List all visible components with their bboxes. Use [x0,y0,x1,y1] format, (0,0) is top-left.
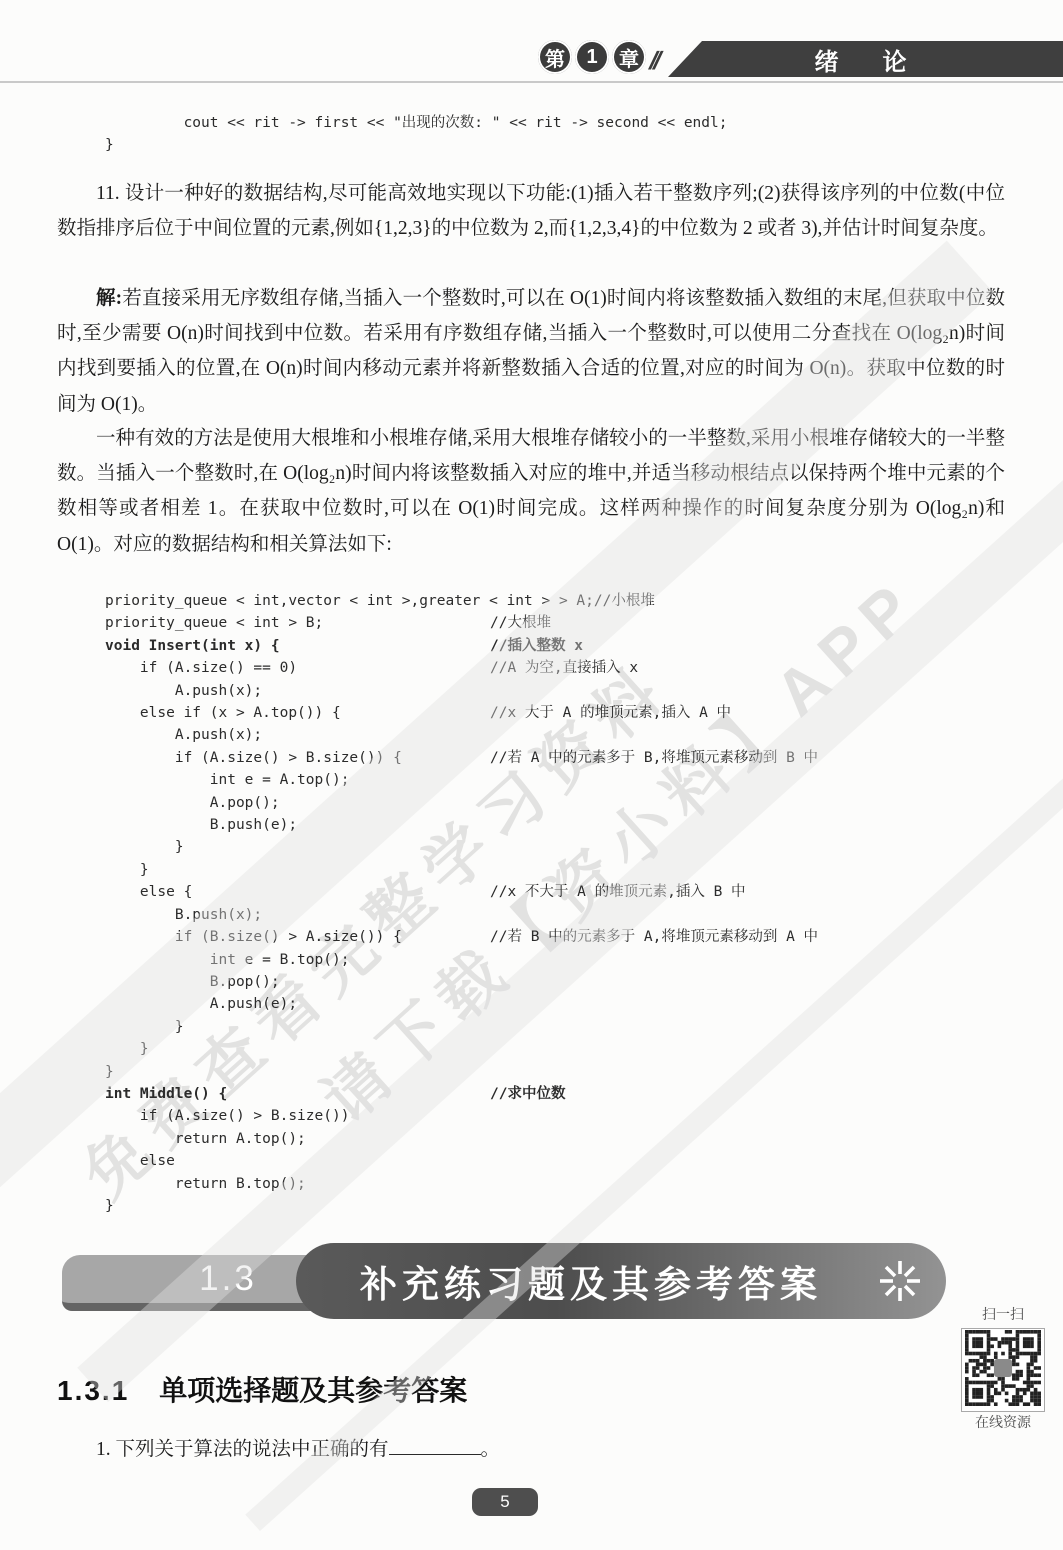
section-title-pill: 补充练习题及其参考答案 [296,1243,946,1319]
subsection-title: 单项选择题及其参考答案 [159,1375,467,1406]
qr-code [961,1328,1045,1412]
code-line: } [105,836,818,858]
code-line: B.pop(); [105,971,818,993]
question-1: 1. 下列关于算法的说法中正确的有。 [57,1433,1005,1461]
asterisk-star-icon [878,1259,922,1303]
code-line: else [105,1150,818,1172]
code-line: } [105,1016,818,1038]
chapter-title-banner: 绪 论 [668,41,1063,77]
section-number: 1.3 [199,1259,257,1299]
chapter-badge: 第 1 章 [538,40,646,74]
code-line: else {//x 不大于 A 的堆顶元素,插入 B 中 [105,881,818,903]
code-line: int e = A.top(); [105,769,818,791]
code-line: } [105,1061,818,1083]
code-line: priority_queue < int > B;//大根堆 [105,612,818,634]
chapter-title: 绪 论 [815,42,917,77]
solution-label: 解: [96,288,122,309]
subsection-heading: 1.3.1单项选择题及其参考答案 [57,1369,467,1409]
qr-resource-block: 扫一扫 在线资源 [953,1307,1053,1433]
code-line: int e = B.top(); [105,949,818,971]
qr-code-image [965,1330,1041,1411]
subsection-number: 1.3.1 [57,1375,129,1406]
code-line: A.push(e); [105,993,818,1015]
code-line: } [105,859,818,881]
code-line: if (A.size() == 0)//A 为空,直接插入 x [105,657,818,679]
code-line: B.push(x); [105,904,818,926]
code-line: } [105,1195,818,1217]
code-line: int Middle() {//求中位数 [105,1083,818,1105]
qr-scan-label: 扫一扫 [953,1307,1053,1325]
code-line: priority_queue < int,vector < int >,grea… [105,590,818,612]
code-block-top: cout << rit -> first << "出现的次数: " << rit… [105,112,727,157]
code-line: B.push(e); [105,814,818,836]
answer-blank [389,1440,481,1455]
chapter-badge-char: 章 [612,40,646,74]
chapter-badge-char: 1 [575,40,609,74]
code-line: void Insert(int x) {//插入整数 x [105,635,818,657]
code-line: return B.top(); [105,1173,818,1195]
code-line: A.pop(); [105,792,818,814]
code-line: } [105,134,727,156]
code-line: A.push(x); [105,680,818,702]
code-line: return A.top(); [105,1128,818,1150]
code-line: if (A.size() > B.size()) {//若 A 中的元素多于 B… [105,747,818,769]
solution-paragraph-1: 解:若直接采用无序数组存储,当插入一个整数时,可以在 O(1)时间内将该整数插入… [57,281,1005,422]
qr-resource-label: 在线资源 [953,1415,1053,1433]
header-rule [0,81,1063,83]
question-11-text: 11. 设计一种好的数据结构,尽可能高效地实现以下功能:(1)插入若干整数序列;… [57,176,1005,246]
solution-paragraph-2: 一种有效的方法是使用大根堆和小根堆存储,采用大根堆存储较小的一半整数,采用小根堆… [57,421,1005,562]
section-banner: 1.3 补充练习题及其参考答案 [62,1243,946,1319]
page-number: 5 [500,1492,509,1512]
code-line: else if (x > A.top()) {//x 大于 A 的堆顶元素,插入… [105,702,818,724]
header-slash-decoration: // [646,47,662,76]
code-line: if (B.size() > A.size()) {//若 B 中的元素多于 A… [105,926,818,948]
section-title: 补充练习题及其参考答案 [360,1254,822,1308]
code-line: cout << rit -> first << "出现的次数: " << rit… [105,112,727,134]
page-number-badge: 5 [472,1488,538,1516]
code-block-main: priority_queue < int,vector < int >,grea… [105,590,818,1217]
code-line: if (A.size() > B.size()) [105,1105,818,1127]
scanned-book-page: 免费查看完整学习资料 请下载【资小料】APP 第 1 章 // 绪 论 cout… [0,0,1063,1550]
chapter-badge-char: 第 [538,40,572,74]
code-line: } [105,1038,818,1060]
code-line: A.push(x); [105,724,818,746]
